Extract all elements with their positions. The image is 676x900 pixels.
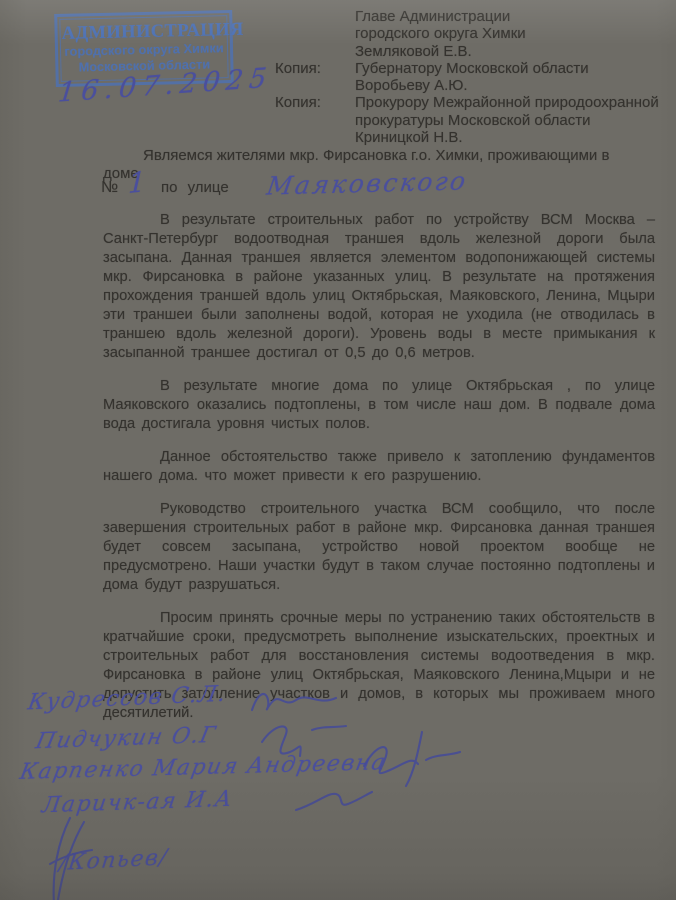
recipient-row: Главе Администрации: [275, 8, 673, 25]
recipient-row: Копия: Прокурору Межрайонной природоохра…: [275, 94, 673, 111]
signature-row: Пидчукин О.Г: [33, 723, 218, 754]
recipient-line: Губернатору Московской области: [355, 60, 673, 77]
recipient-line: городского округа Химки: [355, 25, 673, 42]
street-preposition: по улице: [161, 179, 229, 196]
recipient-line: прокуратуры Московской области: [355, 112, 673, 129]
recipient-row: прокуратуры Московской области: [275, 112, 673, 129]
recipient-row: городского округа Химки: [275, 25, 673, 42]
signature-name: Пидчукин О.Г: [33, 723, 218, 754]
letter-body: В результате строительных работ по устро…: [103, 211, 655, 737]
signature-name: Карпенко Мария Андреевна: [18, 750, 389, 785]
recipients-block: Главе Администрации городского округа Хи…: [275, 8, 673, 146]
handwritten-house-number: 1: [128, 165, 148, 200]
copy-label: Копия:: [275, 60, 355, 77]
recipient-row: Копия: Губернатору Московской области: [275, 60, 673, 77]
copy-label: [275, 8, 355, 25]
signature-row: Карпенко Мария Андреевна: [18, 750, 389, 785]
copy-label: [275, 43, 355, 60]
recipient-line: Главе Администрации: [355, 8, 673, 25]
recipient-line: Воробьеву А.Ю.: [355, 77, 673, 94]
letter-page: АДМИНИСТРАЦИЯ городского округа Химки Мо…: [0, 0, 676, 900]
copy-label: [275, 112, 355, 129]
signature-flourish: [292, 782, 376, 818]
body-paragraph: В результате строительных работ по устро…: [103, 211, 655, 363]
recipient-line: Земляковой Е.В.: [355, 43, 673, 60]
body-paragraph: В результате многие дома по улице Октябр…: [103, 377, 655, 434]
body-paragraph: Руководство строительного участка ВСМ со…: [103, 500, 655, 595]
house-address-line: № 1 по улице Маяковского: [101, 166, 467, 206]
handwritten-street-name: Маяковского: [265, 166, 470, 200]
copy-label: [275, 25, 355, 42]
signature-row: Ларичк-ая И.А: [40, 787, 234, 819]
recipient-line: Прокурору Межрайонной природоохранной: [355, 94, 673, 111]
recipient-line: Криницкой Н.В.: [355, 129, 673, 146]
copy-label: Копия:: [275, 94, 355, 111]
signature-name: /Копьев/: [58, 845, 170, 876]
recipient-row: Криницкой Н.В.: [275, 129, 673, 146]
body-paragraph: Данное обстоятельство также привело к за…: [103, 448, 655, 486]
signature-row: /Копьев/: [57, 829, 171, 879]
recipient-row: Воробьеву А.Ю.: [275, 77, 673, 94]
recipient-row: Земляковой Е.В.: [275, 43, 673, 60]
signature-name: Ларичк-ая И.А: [40, 787, 234, 819]
copy-label: [275, 77, 355, 94]
copy-label: [275, 129, 355, 146]
number-sign: №: [101, 179, 118, 197]
